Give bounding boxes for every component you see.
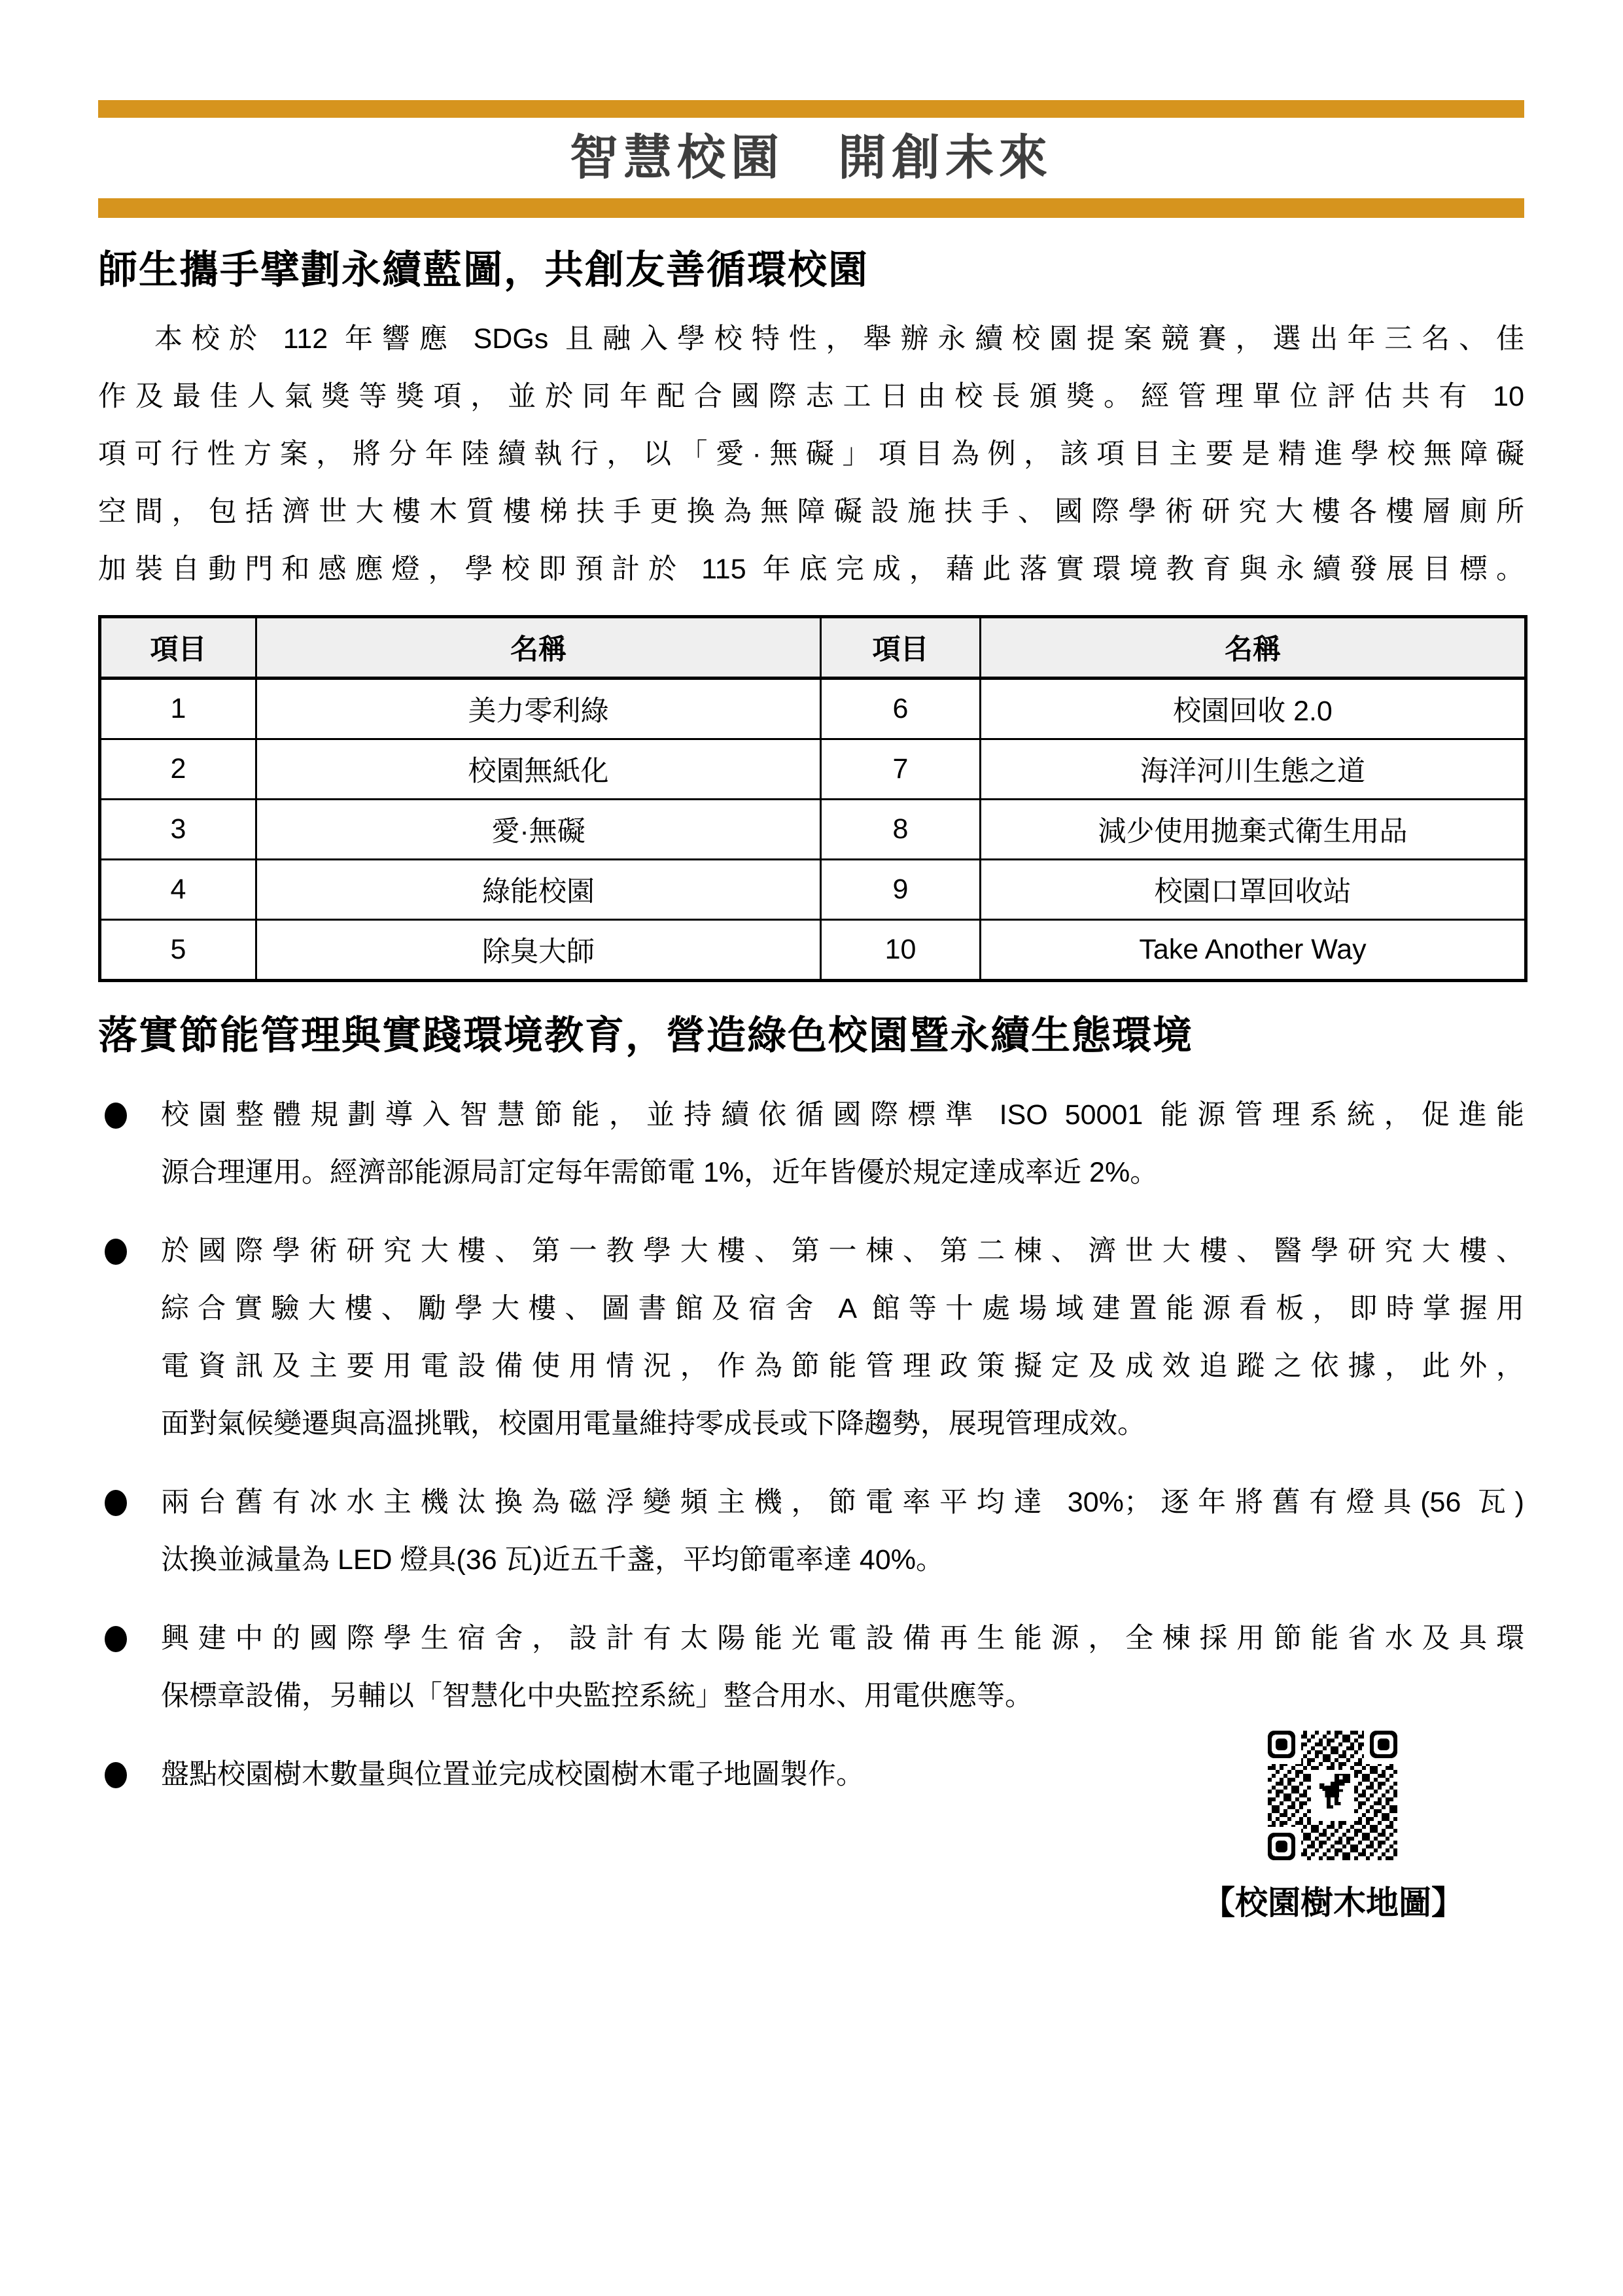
bullet-line: 面對氣候變遷與高溫挑戰，校園用電量維持零成長或下降趨勢，展現管理成效。 bbox=[161, 1395, 1524, 1453]
paragraph-line: 本校於 112 年響應 SDGs 且融入學校特性，舉辦永續校園提案競賽，選出年三… bbox=[98, 310, 1524, 368]
item-name-cell: 愛·無礙 bbox=[256, 800, 821, 860]
bullet-line: 於國際學術研究大樓、第一教學大樓、第一棟、第二棟、濟世大樓、醫學研究大樓、 bbox=[161, 1222, 1524, 1280]
table-row: 2 校園無紙化 7 海洋河川生態之道 bbox=[100, 739, 1526, 800]
section2-heading: 落實節能管理與實踐環境教育，營造綠色校園暨永續生態環境 bbox=[98, 1013, 1193, 1059]
bullet-line: 綜合實驗大樓、勵學大樓、圖書館及宿舍 A 館等十處場域建置能源看板，即時掌握用 bbox=[161, 1280, 1524, 1337]
bullet-icon bbox=[105, 1239, 127, 1265]
item-number-cell: 10 bbox=[821, 920, 981, 981]
paragraph-line: 作及最佳人氣獎等獎項，並於同年配合國際志工日由校長頒獎。經管理單位評估共有 10 bbox=[98, 368, 1524, 425]
table-row: 3 愛·無礙 8 減少使用拋棄式衛生用品 bbox=[100, 800, 1526, 860]
bullet-item: 興建中的國際學生宿舍，設計有太陽能光電設備再生能源，全棟採用節能省水及具環 保標… bbox=[98, 1610, 1524, 1725]
paragraph-line: 空間，包括濟世大樓木質樓梯扶手更換為無障礙設施扶手、國際學術研究大樓各樓層廁所 bbox=[98, 483, 1524, 540]
table-row: 5 除臭大師 10 Take Another Way bbox=[100, 920, 1526, 981]
qr-finder-top-left bbox=[1268, 1731, 1295, 1758]
intro-paragraph: 本校於 112 年響應 SDGs 且融入學校特性，舉辦永續校園提案競賽，選出年三… bbox=[98, 310, 1524, 598]
projects-table: 項目 名稱 項目 名稱 1 美力零利綠 6 校園回收 2.0 2 校園無紙化 7… bbox=[98, 615, 1527, 982]
bullet-item: 兩台舊有冰水主機汰換為磁浮變頻主機，節電率平均達 30%；逐年將舊有燈具(56 … bbox=[98, 1474, 1524, 1589]
item-number-cell: 3 bbox=[100, 800, 256, 860]
qr-caption: 【校園樹木地圖】 bbox=[1166, 1877, 1501, 1924]
item-number-cell: 4 bbox=[100, 860, 256, 920]
bullet-icon bbox=[105, 1103, 127, 1129]
bullet-item: 於國際學術研究大樓、第一教學大樓、第一棟、第二棟、濟世大樓、醫學研究大樓、 綜合… bbox=[98, 1222, 1524, 1453]
top-accent-bar bbox=[98, 100, 1524, 118]
qr-dino-icon bbox=[1311, 1770, 1354, 1821]
bullet-line: 電資訊及主要用電設備使用情況，作為節能管理政策擬定及成效追蹤之依據，此外， bbox=[161, 1337, 1524, 1395]
header-item-left: 項目 bbox=[100, 617, 256, 679]
item-name-cell: 校園回收 2.0 bbox=[981, 679, 1526, 739]
table-row: 4 綠能校園 9 校園口罩回收站 bbox=[100, 860, 1526, 920]
paragraph-line: 項可行性方案，將分年陸續執行，以「愛·無礙」項目為例，該項目主要是精進學校無障礙 bbox=[98, 425, 1524, 483]
bullet-line: 兩台舊有冰水主機汰換為磁浮變頻主機，節電率平均達 30%；逐年將舊有燈具(56 … bbox=[161, 1474, 1524, 1531]
paragraph-line: 加裝自動門和感應燈，學校即預計於 115 年底完成，藉此落實環境教育與永續發展目… bbox=[98, 540, 1524, 598]
bullet-list: 校園整體規劃導入智慧節能，並持續依循國際標準 ISO 50001 能源管理系統，… bbox=[98, 1086, 1524, 1824]
section1-heading: 師生攜手擘劃永續藍圖，共創友善循環校園 bbox=[98, 247, 869, 293]
header-item-right: 項目 bbox=[821, 617, 981, 679]
bullet-line: 校園整體規劃導入智慧節能，並持續依循國際標準 ISO 50001 能源管理系統，… bbox=[161, 1086, 1524, 1144]
item-name-cell: 減少使用拋棄式衛生用品 bbox=[981, 800, 1526, 860]
qr-finder-bottom-left bbox=[1268, 1833, 1295, 1860]
bullet-icon bbox=[105, 1626, 127, 1652]
header-name-right: 名稱 bbox=[981, 617, 1526, 679]
item-number-cell: 8 bbox=[821, 800, 981, 860]
item-number-cell: 7 bbox=[821, 739, 981, 800]
item-name-cell: 除臭大師 bbox=[256, 920, 821, 981]
qr-code bbox=[1268, 1731, 1397, 1860]
qr-finder-top-right bbox=[1370, 1731, 1397, 1758]
item-number-cell: 1 bbox=[100, 679, 256, 739]
item-number-cell: 9 bbox=[821, 860, 981, 920]
bullet-icon bbox=[105, 1762, 127, 1788]
table-header-row: 項目 名稱 項目 名稱 bbox=[100, 617, 1526, 679]
item-name-cell: 海洋河川生態之道 bbox=[981, 739, 1526, 800]
item-name-cell: 美力零利綠 bbox=[256, 679, 821, 739]
title-accent-bar bbox=[98, 198, 1524, 218]
bullet-line: 保標章設備，另輔以「智慧化中央監控系統」整合用水、用電供應等。 bbox=[161, 1667, 1524, 1725]
header-name-left: 名稱 bbox=[256, 617, 821, 679]
bullet-line: 汰換並減量為 LED 燈具(36 瓦)近五千盞，平均節電率達 40%。 bbox=[161, 1531, 1524, 1589]
item-name-cell: Take Another Way bbox=[981, 920, 1526, 981]
page-title: 智慧校園 開創未來 bbox=[98, 128, 1524, 187]
page-root: { "banner": { "title": "智慧校園 開創未來" }, "c… bbox=[0, 0, 1623, 2296]
item-name-cell: 校園口罩回收站 bbox=[981, 860, 1526, 920]
table-row: 1 美力零利綠 6 校園回收 2.0 bbox=[100, 679, 1526, 739]
item-number-cell: 2 bbox=[100, 739, 256, 800]
item-number-cell: 6 bbox=[821, 679, 981, 739]
item-name-cell: 綠能校園 bbox=[256, 860, 821, 920]
bullet-icon bbox=[105, 1490, 127, 1516]
bullet-item: 校園整體規劃導入智慧節能，並持續依循國際標準 ISO 50001 能源管理系統，… bbox=[98, 1086, 1524, 1201]
bullet-line: 興建中的國際學生宿舍，設計有太陽能光電設備再生能源，全棟採用節能省水及具環 bbox=[161, 1610, 1524, 1667]
bullet-line: 源合理運用。經濟部能源局訂定每年需節電 1%，近年皆優於規定達成率近 2%。 bbox=[161, 1144, 1524, 1201]
item-name-cell: 校園無紙化 bbox=[256, 739, 821, 800]
item-number-cell: 5 bbox=[100, 920, 256, 981]
